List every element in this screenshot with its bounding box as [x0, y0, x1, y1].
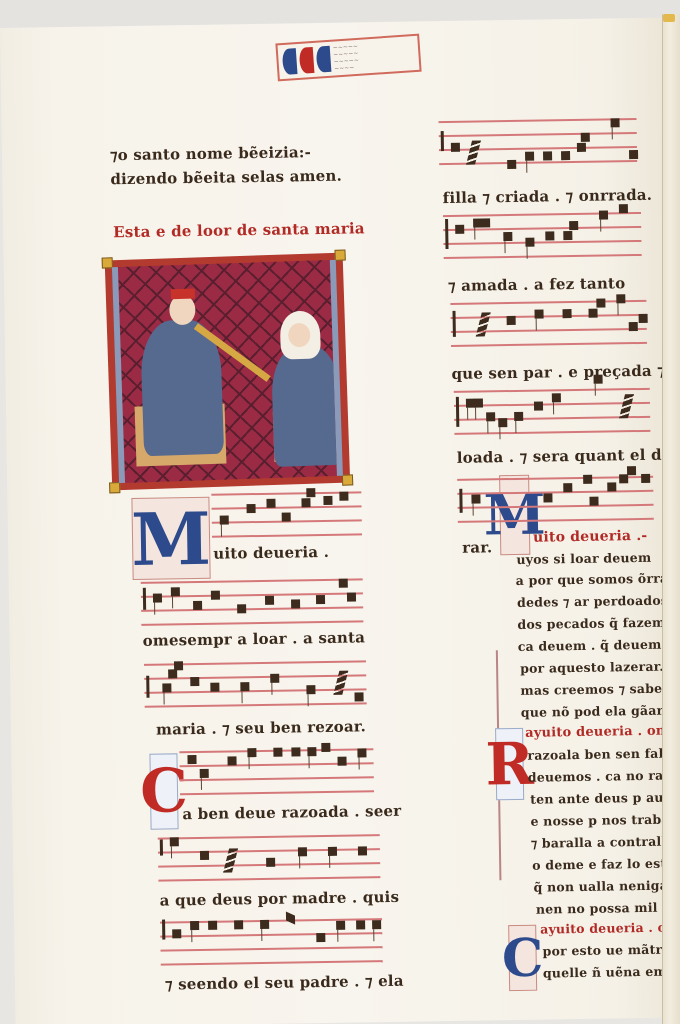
verse-line: quelle ñ uẽna emẽr.	[543, 963, 680, 980]
verse-line: o deme e faz lo estar .	[532, 855, 680, 872]
music-staff	[141, 570, 364, 633]
lyric-line: ⁊ seendo el seu padre . ⁊ ela	[165, 972, 404, 994]
lyric-line: uito deueria .	[213, 543, 329, 563]
lyric-line: rar.	[462, 538, 492, 556]
music-staff	[144, 652, 367, 715]
music-staff	[179, 742, 374, 805]
lyric-line: loada . ⁊ sera quant el du	[457, 445, 673, 466]
rubric-refrain: uito deueria .-	[533, 528, 648, 546]
lyric-line: que sen par . e preçada ⁊	[451, 362, 665, 383]
decorated-initial: C	[149, 753, 178, 829]
decorated-header-ornament: ~~~~~ ~~~~~ ~~~~~ ~~~~	[275, 34, 421, 82]
robe	[271, 345, 343, 467]
header-faint-text: ~~~~~ ~~~~~ ~~~~~ ~~~~	[333, 43, 360, 73]
verse-line: nen no possa mil lorar.	[536, 899, 680, 917]
gilt-edge	[663, 14, 675, 22]
rubric-refrain: ayuito deueria . ome	[525, 723, 678, 740]
text-line: dizendo bẽeita selas amen.	[110, 167, 342, 189]
verse-line: q̃ non ualla nenigalla	[533, 877, 680, 894]
book-gutter-edge	[662, 14, 680, 1024]
verse-line: e nosse p nos traballa	[530, 811, 680, 828]
manuscript-page: ~~~~~ ~~~~~ ~~~~~ ~~~~ ⁊o santo nome bẽe…	[0, 18, 680, 1024]
music-staff	[443, 208, 642, 271]
lyric-line: a ben deue razoada . seer	[182, 802, 401, 823]
illuminated-miniature	[105, 253, 350, 491]
gold-corner-icon	[109, 482, 120, 493]
text-line: ⁊o santo nome bẽeizia:-	[110, 143, 311, 164]
rubric-refrain: ayuito deueria . ome .	[540, 919, 680, 936]
gold-corner-icon	[342, 474, 353, 485]
verse-line: dedes ⁊ ar perdoados	[517, 593, 668, 610]
diapered-background	[112, 260, 343, 483]
lyric-line: ⁊ amada . a fez tanto	[448, 274, 625, 295]
blue-ornament-icon	[282, 48, 298, 75]
music-staff	[160, 912, 383, 975]
music-staff	[457, 470, 654, 533]
verse-line: ten ante deus p aua	[530, 790, 672, 807]
music-staff	[438, 114, 637, 177]
verse-line: razoala ben sen falla	[527, 745, 676, 762]
verse-line: que nõ pod ela gãar.	[521, 703, 667, 720]
lyric-line: maria . ⁊ seu ben rezoar.	[156, 717, 366, 738]
verse-line: ca deuem . q̃ deuem	[518, 637, 662, 654]
verse-line: por esto ue mãtro:	[542, 942, 675, 959]
music-staff	[450, 294, 647, 357]
verse-line: a por que somos õrrados	[516, 570, 680, 588]
rubric-heading: Esta e de loor de santa maria	[113, 219, 365, 241]
verse-line: deuemos . ca no ras	[528, 768, 671, 785]
verse-line: dos pecados q̃ fazem	[517, 615, 665, 632]
gold-corner-icon	[334, 249, 345, 260]
music-staff	[454, 382, 651, 445]
verse-line: uyos si loar deuem	[516, 550, 651, 567]
verse-line: por aquesto lazerar.	[520, 659, 664, 676]
lyric-line: omesempr a loar . a santa	[143, 628, 366, 649]
verse-line: mas creemos ⁊ sabem	[520, 680, 675, 697]
blue-ornament-icon	[316, 46, 332, 73]
decorated-initial: R	[495, 728, 524, 800]
lyric-line: a que deus por madre . quis	[160, 888, 400, 910]
verse-line: ⁊ baralla a contralla	[531, 834, 675, 851]
decorated-initial: C	[508, 925, 537, 991]
music-staff	[158, 828, 381, 891]
decorated-initial: M	[131, 497, 210, 580]
red-ornament-icon	[299, 47, 315, 74]
red-cap	[171, 289, 195, 300]
music-staff	[211, 487, 362, 549]
